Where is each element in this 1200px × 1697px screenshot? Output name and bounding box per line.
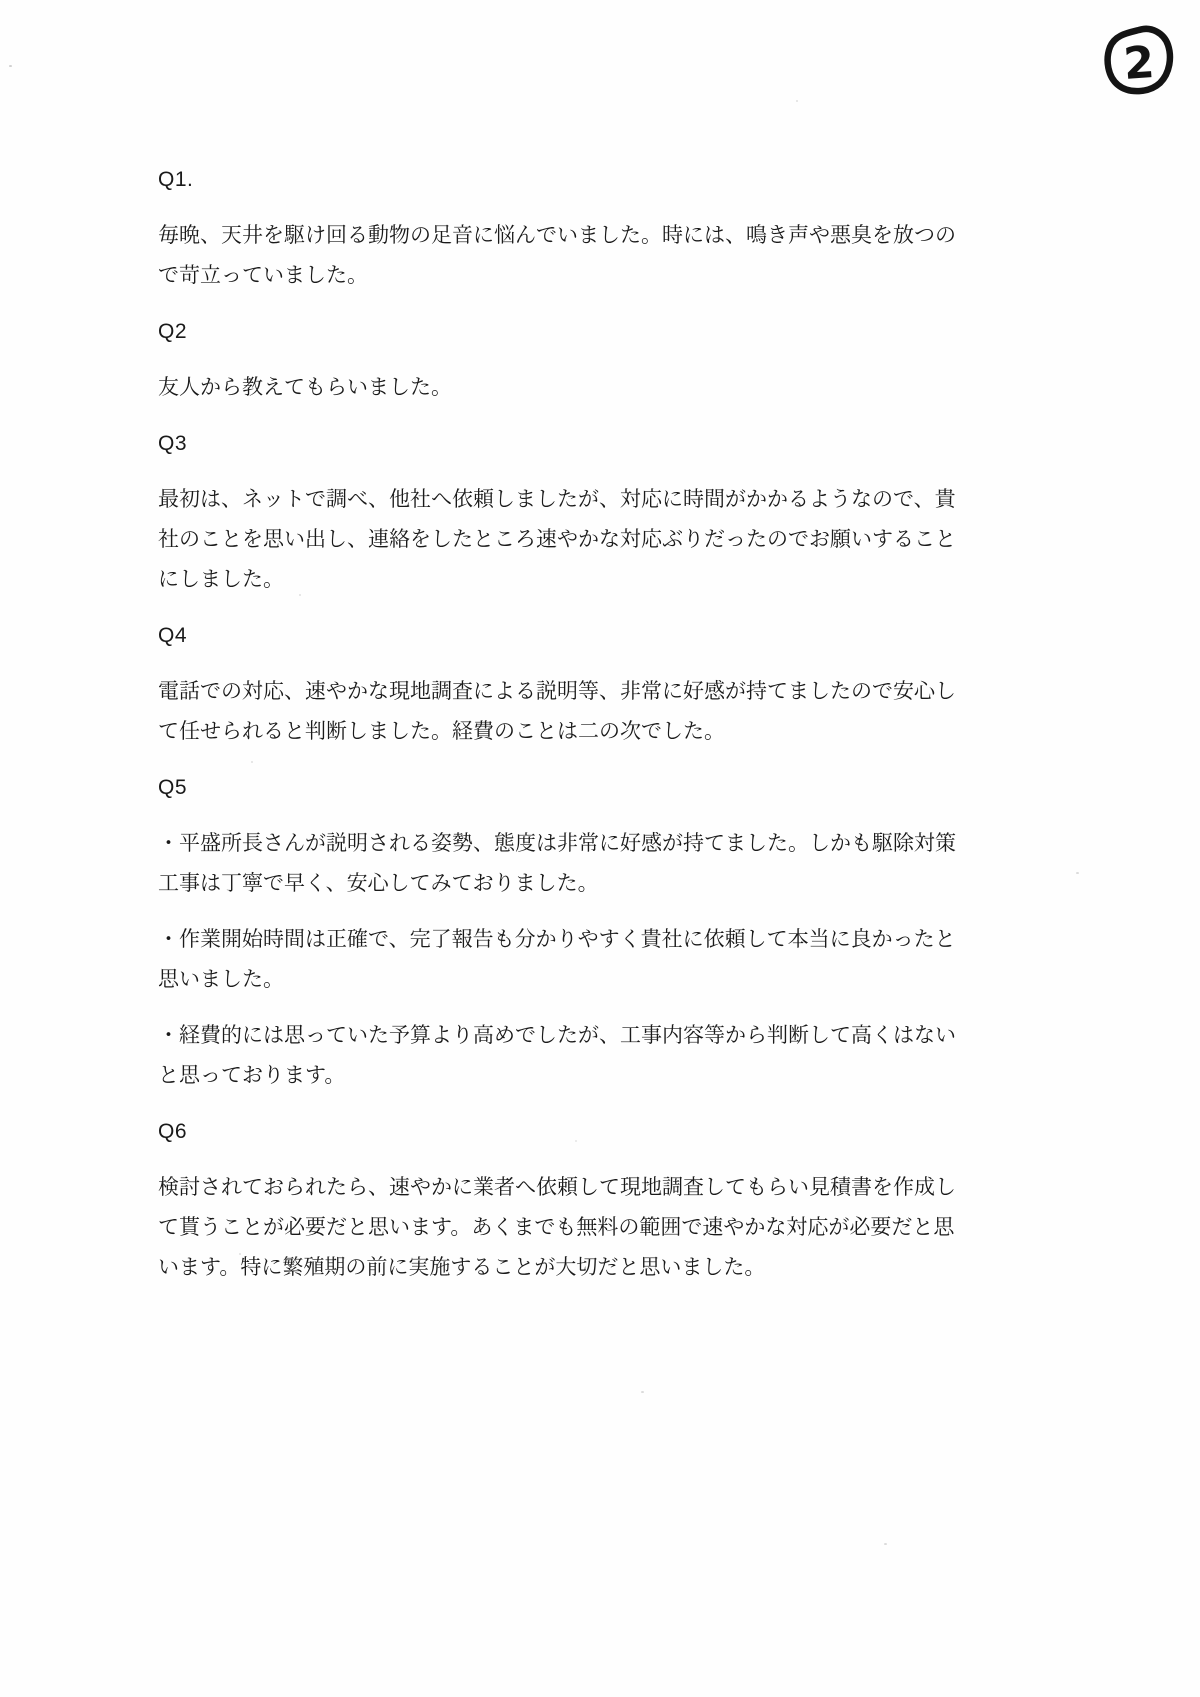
question-label: Q3 xyxy=(158,424,972,464)
scan-speck xyxy=(299,594,301,596)
answer-paragraph: 友人から教えてもらいました。 xyxy=(158,368,972,408)
page-number-text: 2 xyxy=(1122,37,1156,90)
scan-speck xyxy=(1076,872,1079,874)
scan-speck xyxy=(251,761,253,763)
question-label: Q5 xyxy=(158,768,972,808)
scanned-document-page: 2 Q1. 毎晩、天井を駆け回る動物の足音に悩んでいました。時には、鳴き声や悪臭… xyxy=(0,0,1200,1697)
scan-speck xyxy=(796,100,798,102)
answer-paragraph-bullet: ・経費的には思っていた予算より高めでしたが、工事内容等から判断して高くはないと思… xyxy=(158,1016,972,1096)
qa-section-q2: Q2 友人から教えてもらいました。 xyxy=(158,312,972,408)
qa-section-q6: Q6 検討されておられたら、速やかに業者へ依頼して現地調査してもらい見積書を作成… xyxy=(158,1112,972,1288)
handwritten-page-number-circle: 2 xyxy=(1098,22,1180,106)
scan-speck xyxy=(641,1391,644,1393)
scan-speck xyxy=(9,65,12,67)
document-text-block: Q1. 毎晩、天井を駆け回る動物の足音に悩んでいました。時には、鳴き声や悪臭を放… xyxy=(158,160,972,1304)
qa-section-q4: Q4 電話での対応、速やかな現地調査による説明等、非常に好感が持てましたので安心… xyxy=(158,616,972,752)
scan-speck xyxy=(575,1140,577,1142)
answer-paragraph: 検討されておられたら、速やかに業者へ依頼して現地調査してもらい見積書を作成して貰… xyxy=(158,1168,972,1288)
scan-speck xyxy=(239,1253,241,1255)
scan-speck xyxy=(884,1543,887,1545)
answer-paragraph: 電話での対応、速やかな現地調査による説明等、非常に好感が持てましたので安心して任… xyxy=(158,672,972,752)
qa-section-q3: Q3 最初は、ネットで調べ、他社へ依頼しましたが、対応に時間がかかるようなので、… xyxy=(158,424,972,600)
question-label: Q6 xyxy=(158,1112,972,1152)
question-label: Q4 xyxy=(158,616,972,656)
qa-section-q1: Q1. 毎晩、天井を駆け回る動物の足音に悩んでいました。時には、鳴き声や悪臭を放… xyxy=(158,160,972,296)
answer-paragraph-bullet: ・作業開始時間は正確で、完了報告も分かりやすく貴社に依頼して本当に良かったと思い… xyxy=(158,920,972,1000)
answer-paragraph: 毎晩、天井を駆け回る動物の足音に悩んでいました。時には、鳴き声や悪臭を放つので苛… xyxy=(158,216,972,296)
question-label: Q1. xyxy=(158,160,972,200)
qa-section-q5: Q5 ・平盛所長さんが説明される姿勢、態度は非常に好感が持てました。しかも駆除対… xyxy=(158,768,972,1096)
question-label: Q2 xyxy=(158,312,972,352)
answer-paragraph-bullet: ・平盛所長さんが説明される姿勢、態度は非常に好感が持てました。しかも駆除対策工事… xyxy=(158,824,972,904)
answer-paragraph: 最初は、ネットで調べ、他社へ依頼しましたが、対応に時間がかかるようなので、貴社の… xyxy=(158,480,972,600)
